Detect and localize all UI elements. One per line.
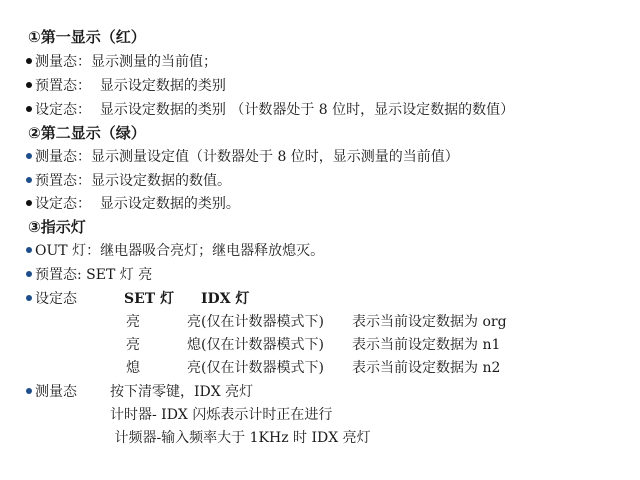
section-3-heading: ③指示灯 <box>28 218 86 236</box>
bullet-icon <box>26 388 32 394</box>
set-state: 熄 <box>126 359 140 377</box>
col-header-set: SET 灯 <box>124 290 174 308</box>
list-item: 预置态: SET 灯 亮 <box>26 266 152 284</box>
bullet-icon <box>26 82 32 88</box>
list-item: 预置态：显示设定数据的数值。 <box>26 172 231 190</box>
bullet-icon <box>26 271 32 277</box>
set-state: 亮 <box>126 313 140 331</box>
section-2-heading: ②第二显示（绿） <box>28 124 146 142</box>
bullet-icon <box>26 177 32 183</box>
section-1-heading: ①第一显示（红） <box>28 28 146 46</box>
list-item: 测量态 <box>26 383 77 401</box>
measure-line: 按下清零键，IDX 亮灯 <box>110 383 253 401</box>
idx-state: 亮(仅在计数器模式下) <box>187 313 324 331</box>
bullet-icon <box>26 200 32 206</box>
col-header-idx: IDX 灯 <box>201 290 249 308</box>
list-item: 设定态： 显示设定数据的类别 （计数器处于 8 位时，显示设定数据的数值） <box>26 101 514 119</box>
measure-line: 计时器- IDX 闪烁表示计时正在进行 <box>110 406 332 424</box>
measure-line: 计频器-输入频率大于 1KHz 时 IDX 亮灯 <box>110 429 371 447</box>
bullet-icon <box>26 106 32 112</box>
list-item: 设定态： 显示设定数据的类别。 <box>26 195 240 213</box>
list-item: 设定态 <box>26 290 77 308</box>
bullet-icon <box>26 153 32 159</box>
list-item: 测量态：显示测量设定值（计数器处于 8 位时，显示测量的当前值） <box>26 148 459 166</box>
list-item: OUT 灯：继电器吸合亮灯；继电器释放熄灭。 <box>26 242 324 260</box>
bullet-icon <box>26 58 32 64</box>
bullet-icon <box>26 247 32 253</box>
bullet-icon <box>26 295 32 301</box>
list-item: 测量态：显示测量的当前值； <box>26 53 217 71</box>
set-state: 亮 <box>126 336 140 354</box>
idx-state: 亮(仅在计数器模式下) <box>187 359 324 377</box>
state-description: 表示当前设定数据为 org <box>352 313 507 331</box>
idx-state: 熄(仅在计数器模式下) <box>187 336 324 354</box>
state-description: 表示当前设定数据为 n1 <box>352 336 500 354</box>
state-description: 表示当前设定数据为 n2 <box>352 359 500 377</box>
list-item: 预置态： 显示设定数据的类别 <box>26 77 226 95</box>
